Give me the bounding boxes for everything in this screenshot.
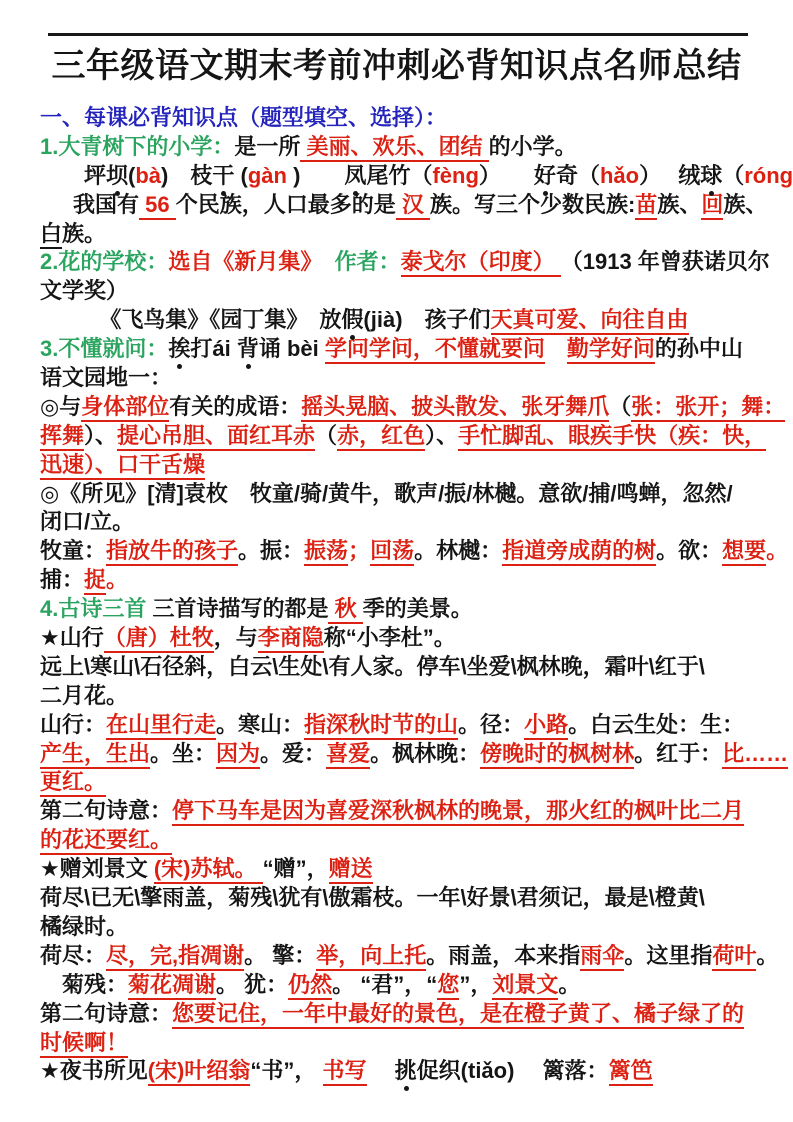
answer-text: 雨伞 bbox=[580, 943, 624, 971]
answer-text: 举，向上托 bbox=[316, 943, 426, 971]
answer-text: 回荡 bbox=[370, 538, 414, 566]
text-line: 闭口/立。 bbox=[40, 508, 759, 537]
section-heading: 作者： bbox=[335, 249, 401, 274]
text-line: 捕：捉。 bbox=[40, 566, 759, 595]
text-segment: (jià) 孩子们 bbox=[363, 307, 490, 332]
text-segment: ”， bbox=[459, 972, 492, 997]
answer-text: 在山里行走 bbox=[106, 712, 216, 740]
text-segment: 荷尽： bbox=[40, 943, 106, 968]
text-segment: 族、 bbox=[723, 192, 767, 217]
answer-text: 书写 bbox=[323, 1058, 367, 1086]
text-line: 语文园地一： bbox=[40, 364, 759, 393]
answer-text: 秋 bbox=[328, 596, 362, 624]
text-segment: 。寒山： bbox=[216, 712, 304, 737]
text-line: 坪坝(bà) 枝干 (gàn ) 凤尾竹（fèng） 好奇（hǎo） 绒球（ró… bbox=[40, 162, 759, 191]
answer-text: 想要 bbox=[722, 538, 766, 566]
text-segment: 。 bbox=[106, 567, 128, 592]
document-body: 一、每课必背知识点（题型填空、选择）：1.大青树下的小学：是一所 美丽、欢乐、团… bbox=[40, 104, 759, 1086]
answer-text: 仍然 bbox=[288, 972, 332, 1000]
text-segment: 。欲： bbox=[656, 538, 722, 563]
answer-text: 泰戈尔（印度） bbox=[401, 249, 561, 277]
text-line: 一、每课必背知识点（题型填空、选择）： bbox=[40, 104, 759, 133]
text-segment: 。爱： bbox=[260, 741, 326, 766]
answer-text: 刘景文 bbox=[492, 972, 558, 1000]
text-line: 1.大青树下的小学：是一所 美丽、欢乐、团结 的小学。 bbox=[40, 133, 759, 162]
section-heading: 4.古诗三首 bbox=[40, 596, 146, 621]
text-segment: 族。写三个少数民族: bbox=[430, 192, 635, 217]
answer-text: 比…… bbox=[722, 741, 788, 769]
text-segment: fèng bbox=[432, 163, 478, 188]
text-segment: 。枫林晚： bbox=[370, 741, 480, 766]
text-line: 我国有 56 个民族，人口最多的是 汉 族。写三个少数民族:苗族、回族、 bbox=[40, 191, 759, 220]
text-segment: 挨 bbox=[168, 335, 190, 364]
text-line: 荷尽：尽，完,指凋谢。 擎：举，向上托。雨盖，本来指雨伞。这里指荷叶。 bbox=[40, 942, 759, 971]
answer-text: 勤学好问 bbox=[567, 336, 655, 364]
page-title: 三年级语文期末考前冲刺必背知识点名师总结 bbox=[0, 42, 793, 90]
text-segment: 奇（ bbox=[556, 163, 600, 188]
text-segment: 尾竹（ bbox=[366, 163, 432, 188]
section-heading: 2.花的学校： bbox=[40, 249, 168, 274]
text-segment: 。 犹： bbox=[216, 972, 288, 997]
answer-text: 您要记住，一年中最好的景色，是在橙子黄了、橘子绿了的 bbox=[172, 1001, 744, 1029]
text-segment: ◎《所见》[清]袁枚 牧童/骑/黄牛，歌声/振/林樾。意欲/捕/鸣蝉，忽然/ bbox=[40, 481, 733, 506]
text-segment: 。林樾： bbox=[414, 538, 502, 563]
text-segment: 球 bbox=[700, 162, 722, 191]
text-segment: ★山行 bbox=[40, 625, 104, 650]
text-line: 迅速）、口干舌燥 bbox=[40, 451, 759, 480]
answer-text: 身体部位 bbox=[81, 394, 169, 422]
text-segment: ）、 bbox=[425, 423, 458, 448]
answer-text: 因为 bbox=[216, 741, 260, 769]
text-line: 牧童：指放牛的孩子。振：振荡；回荡。林樾：指道旁成荫的树。欲：想要。 bbox=[40, 537, 759, 566]
text-line: 二月花。 bbox=[40, 682, 759, 711]
answer-text: 尽，完,指凋谢 bbox=[106, 943, 244, 971]
answer-text: 指深秋时节的山 bbox=[304, 712, 458, 740]
answer-text: 您 bbox=[437, 972, 459, 1000]
text-line: ◎与身体部位有关的成语：摇头晃脑、披头散发、张牙舞爪（张：张开；舞： bbox=[40, 393, 759, 422]
text-segment: 第二句诗意： bbox=[40, 798, 172, 823]
text-segment: 。坐： bbox=[150, 741, 216, 766]
text-line: ★山行（唐）杜牧，与李商隐称“小李杜”。 bbox=[40, 624, 759, 653]
text-segment: 有关的成语： bbox=[169, 394, 301, 419]
text-segment: 的小学。 bbox=[489, 134, 577, 159]
text-segment: 族、 bbox=[657, 192, 701, 217]
text-line: 第二句诗意：您要记住，一年中最好的景色，是在橙子黄了、橘子绿了的 bbox=[40, 1000, 759, 1029]
text-segment: 闭口/立。 bbox=[40, 509, 134, 534]
text-line: ★赠刘景文 (宋)苏轼。 “赠”，赠送 bbox=[40, 855, 759, 884]
answer-text: 振荡 bbox=[304, 538, 348, 566]
text-line: 远上\寒山\石径斜，白云\生处\有人家。停车\坐爱\枫林晚，霜叶\红于\ bbox=[40, 653, 759, 682]
text-segment: 坪 bbox=[84, 163, 106, 188]
text-segment: 。白云生处：生： bbox=[568, 712, 744, 737]
text-segment: （ bbox=[609, 394, 631, 419]
answer-text: 停下马车是因为喜爱深秋枫林的晚景，那火红的枫叶比二月 bbox=[172, 798, 744, 826]
text-line: 更红。 bbox=[40, 768, 759, 797]
text-segment: 荷尽\已无\擎雨盖，菊残\犹有\傲霜枝。一年\好景\君须记，最是\橙黄\ bbox=[40, 885, 705, 910]
answer-text: 荷叶 bbox=[712, 943, 756, 971]
answer-text: 天真可爱、向往自由 bbox=[491, 307, 689, 335]
text-segment: 个民族，人口最多的是 bbox=[176, 192, 396, 217]
text-line: 产生，生出。坐：因为。爱：喜爱。枫林晚：傍晚时的枫树林。红于：比…… bbox=[40, 740, 759, 769]
text-segment: 称“小李杜”。 bbox=[324, 625, 456, 650]
text-segment: ） 绒 bbox=[639, 163, 700, 188]
text-segment: ★赠刘景文 bbox=[40, 856, 154, 881]
text-segment: 。径： bbox=[458, 712, 524, 737]
answer-text: 汉 bbox=[396, 192, 430, 220]
text-segment: ) bbox=[287, 163, 344, 188]
text-segment: 。 bbox=[756, 943, 778, 968]
answer-text: 篱笆 bbox=[609, 1058, 653, 1086]
text-segment: ) 枝 bbox=[161, 163, 212, 188]
text-segment: ）、 bbox=[84, 423, 117, 448]
text-segment: 第二句诗意： bbox=[40, 1001, 172, 1026]
answer-text: 迅速）、口干舌燥 bbox=[40, 452, 205, 480]
text-line: 菊残：菊花凋谢。 犹：仍然。 “君”，“您”，刘景文。 bbox=[40, 971, 759, 1000]
answer-text: 苗 bbox=[635, 192, 657, 220]
text-segment: 文学奖） bbox=[40, 278, 128, 303]
text-segment: 。 bbox=[558, 972, 580, 997]
answer-text: 挥舞 bbox=[40, 423, 84, 451]
text-line: 挥舞）、提心吊胆、面红耳赤（赤，红色）、手忙脚乱、眼疾手快（疾：快， bbox=[40, 422, 759, 451]
text-line: 白族。 bbox=[40, 220, 759, 249]
section-heading: 一、每课必背知识点（题型填空、选择）： bbox=[40, 105, 447, 130]
text-segment: 好 bbox=[534, 162, 556, 191]
answer-text: 提心吊胆、面红耳赤 bbox=[117, 423, 315, 451]
text-segment: 促织(tiǎo) 篱落： bbox=[417, 1058, 609, 1083]
text-segment: ） bbox=[479, 163, 534, 188]
text-segment bbox=[367, 1058, 395, 1083]
text-line: 4.古诗三首 三首诗描写的都是 秋 季的美景。 bbox=[40, 595, 759, 624]
header-rule bbox=[48, 33, 748, 36]
answer-text: 手忙脚乱、眼疾手快（疾：快， bbox=[458, 423, 766, 451]
answer-text: 喜爱 bbox=[326, 741, 370, 769]
answer-text: （唐）杜牧 bbox=[104, 625, 214, 653]
text-segment: 远上\寒山\石径斜，白云\生处\有人家。停车\坐爱\枫林晚，霜叶\红于\ bbox=[40, 654, 705, 679]
text-line: 3.不懂就问：挨打ái 背诵 bèi 学问学问，不懂就要问 勤学好问的孙中山 bbox=[40, 335, 759, 364]
text-segment: 的孙中山 bbox=[655, 336, 743, 361]
text-segment bbox=[322, 249, 334, 274]
text-segment: 假 bbox=[341, 306, 363, 335]
text-segment: 捕： bbox=[40, 567, 84, 592]
text-segment: gàn bbox=[248, 163, 287, 188]
text-segment: 。这里指 bbox=[624, 943, 712, 968]
answer-text: 时候啊！ bbox=[40, 1030, 128, 1058]
answer-text: (宋)苏轼。 bbox=[154, 856, 263, 884]
section-heading: 3.不懂就问： bbox=[40, 336, 168, 361]
answer-text: 更红。 bbox=[40, 769, 106, 797]
answer-text: 傍晚时的枫树林 bbox=[480, 741, 634, 769]
text-line: 山行：在山里行走。寒山：指深秋时节的山。径：小路。白云生处：生： bbox=[40, 711, 759, 740]
answer-text: 的花还要红。 bbox=[40, 827, 172, 855]
answer-text: 回 bbox=[701, 192, 723, 220]
answer-text: 菊花凋谢 bbox=[128, 972, 216, 1000]
text-line: ◎《所见》[清]袁枚 牧童/骑/黄牛，歌声/振/林樾。意欲/捕/鸣蝉，忽然/ bbox=[40, 480, 759, 509]
text-segment: 诵 bèi bbox=[259, 336, 325, 361]
text-segment: 。振： bbox=[238, 538, 304, 563]
text-segment: bà bbox=[135, 163, 161, 188]
text-segment: 我国有 bbox=[73, 192, 139, 217]
text-line: 文学奖） bbox=[40, 277, 759, 306]
text-segment: 是一所 bbox=[234, 134, 300, 159]
document-page: 三年级语文期末考前冲刺必背知识点名师总结 一、每课必背知识点（题型填空、选择）：… bbox=[0, 0, 793, 1122]
text-line: 2.花的学校：选自《新月集》 作者：泰戈尔（印度） （1913 年曾获诺贝尔 bbox=[40, 248, 759, 277]
answer-text: 赠送 bbox=[329, 856, 373, 884]
text-segment: ★夜书所见 bbox=[40, 1058, 148, 1083]
text-segment: “书”， bbox=[250, 1058, 322, 1083]
answer-text: 摇头晃脑、披头散发、张牙舞爪 bbox=[301, 394, 609, 422]
text-segment: （ bbox=[315, 423, 337, 448]
text-segment: 山行： bbox=[40, 712, 106, 737]
answer-text: 小路 bbox=[524, 712, 568, 740]
text-line: 荷尽\已无\擎雨盖，菊残\犹有\傲霜枝。一年\好景\君须记，最是\橙黄\ bbox=[40, 884, 759, 913]
text-segment: 三首诗描写的都是 bbox=[146, 596, 328, 621]
text-line: 时候啊！ bbox=[40, 1029, 759, 1058]
answer-text: 李商隐 bbox=[258, 625, 324, 653]
answer-text: 张：张开；舞： bbox=[631, 394, 785, 422]
text-segment: ，与 bbox=[214, 625, 258, 650]
answer-text: 产生，生出 bbox=[40, 741, 150, 769]
text-segment: 挑 bbox=[395, 1057, 417, 1086]
text-segment: 语文园地一： bbox=[40, 365, 172, 390]
text-segment: 打ái bbox=[190, 336, 236, 361]
text-segment: ( bbox=[234, 163, 247, 188]
text-line: 第二句诗意：停下马车是因为喜爱深秋枫林的晚景，那火红的枫叶比二月 bbox=[40, 797, 759, 826]
answer-text: 指放牛的孩子 bbox=[106, 538, 238, 566]
text-segment: 凤 bbox=[344, 162, 366, 191]
text-segment: （1913 年曾获诺贝尔 bbox=[561, 249, 770, 274]
answer-text: 指道旁成荫的树 bbox=[502, 538, 656, 566]
text-segment: 。 擎： bbox=[244, 943, 316, 968]
text-segment: （ bbox=[722, 163, 744, 188]
text-segment: 季的美景。 bbox=[363, 596, 473, 621]
text-segment: 族。 bbox=[62, 221, 106, 246]
text-segment: 。雨盖，本来指 bbox=[426, 943, 580, 968]
answer-text: (宋)叶绍翁 bbox=[148, 1058, 251, 1086]
text-segment: 菊残： bbox=[62, 972, 128, 997]
text-segment: 二月花。 bbox=[40, 683, 128, 708]
text-segment bbox=[545, 336, 567, 361]
text-segment: 。 “君”，“ bbox=[332, 972, 437, 997]
text-segment: “赠”， bbox=[263, 856, 329, 881]
text-segment: hǎo bbox=[600, 163, 639, 188]
answer-text: 赤，红色 bbox=[337, 423, 425, 451]
text-segment: 牧童： bbox=[40, 538, 106, 563]
text-segment: 坝 bbox=[106, 162, 128, 191]
answer-text: 56 bbox=[139, 192, 176, 220]
text-segment: róng bbox=[744, 163, 793, 188]
text-line: 《飞鸟集》《园丁集》 放假(jià) 孩子们天真可爱、向往自由 bbox=[40, 306, 759, 335]
text-segment: 干 bbox=[212, 162, 234, 191]
answer-text: 美丽、欢乐、团结 bbox=[300, 134, 488, 162]
text-segment: 。 bbox=[766, 538, 788, 563]
section-heading: 1.大青树下的小学： bbox=[40, 134, 234, 159]
answer-text: 捉 bbox=[84, 567, 106, 595]
text-segment: 橘绿时。 bbox=[40, 914, 128, 939]
text-segment: ； bbox=[348, 538, 370, 563]
text-line: ★夜书所见(宋)叶绍翁“书”， 书写 挑促织(tiǎo) 篱落：篱笆 bbox=[40, 1057, 759, 1086]
answer-text: 白 bbox=[40, 221, 62, 249]
answer-text: 学问学问，不懂就要问 bbox=[325, 336, 545, 364]
text-line: 的花还要红。 bbox=[40, 826, 759, 855]
text-segment: 选自《新月集》 bbox=[168, 249, 322, 274]
text-segment: 。红于： bbox=[634, 741, 722, 766]
text-segment: ◎与 bbox=[40, 394, 81, 419]
text-line: 橘绿时。 bbox=[40, 913, 759, 942]
text-segment: 《飞鸟集》《园丁集》 放 bbox=[99, 307, 341, 332]
text-segment: 背 bbox=[237, 335, 259, 364]
